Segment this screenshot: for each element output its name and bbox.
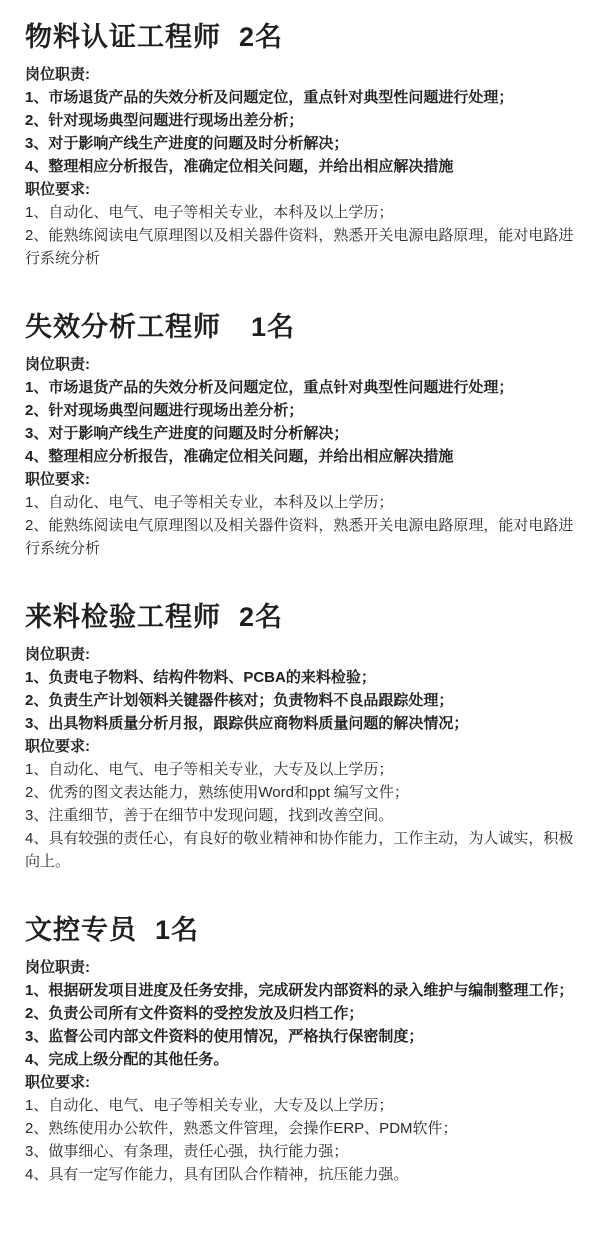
requirements-label: 职位要求:: [25, 735, 575, 758]
requirement-item: 1、自动化、电气、电子等相关专业，本科及以上学历；: [25, 491, 575, 514]
duties-label: 岗位职责:: [25, 63, 575, 86]
requirements-list: 1、自动化、电气、电子等相关专业，大专及以上学历； 2、优秀的图文表达能力，熟练…: [25, 758, 575, 873]
duties-label: 岗位职责:: [25, 643, 575, 666]
requirement-item: 4、具有一定写作能力，具有团队合作精神，抗压能力强。: [25, 1163, 575, 1186]
requirements-list: 1、自动化、电气、电子等相关专业，大专及以上学历； 2、熟练使用办公软件，熟悉文…: [25, 1094, 575, 1186]
duty-item: 1、根据研发项目进度及任务安排，完成研发内部资料的录入维护与编制整理工作；: [25, 979, 575, 1002]
duties-list: 1、负责电子物料、结构件物料、PCBA的来料检验； 2、负责生产计划领料关键器件…: [25, 666, 575, 735]
requirements-list: 1、自动化、电气、电子等相关专业，本科及以上学历； 2、能熟练阅读电气原理图以及…: [25, 201, 575, 270]
job-headcount: 1名: [251, 310, 295, 344]
duty-item: 2、负责生产计划领料关键器件核对；负责物料不良品跟踪处理；: [25, 689, 575, 712]
duty-item: 2、针对现场典型问题进行现场出差分析；: [25, 399, 575, 422]
requirements-label: 职位要求:: [25, 178, 575, 201]
requirements-label: 职位要求:: [25, 1071, 575, 1094]
job-title: 来料检验工程师 2名: [25, 600, 575, 634]
requirement-item: 2、能熟练阅读电气原理图以及相关器件资料，熟悉开关电源电路原理，能对电路进行系统…: [25, 224, 575, 270]
requirement-item: 1、自动化、电气、电子等相关专业，大专及以上学历；: [25, 1094, 575, 1117]
requirement-item: 1、自动化、电气、电子等相关专业，大专及以上学历；: [25, 758, 575, 781]
requirements-list: 1、自动化、电气、电子等相关专业，本科及以上学历； 2、能熟练阅读电气原理图以及…: [25, 491, 575, 560]
duty-item: 4、整理相应分析报告，准确定位相关问题，并给出相应解决措施: [25, 445, 575, 468]
duties-label: 岗位职责:: [25, 956, 575, 979]
job-title-text: 文控专员: [25, 913, 137, 947]
requirement-item: 2、优秀的图文表达能力，熟练使用Word和ppt 编写文件；: [25, 781, 575, 804]
job-section-failure-analysis-engineer: 失效分析工程师 1名 岗位职责: 1、市场退货产品的失效分析及问题定位，重点针对…: [25, 310, 575, 560]
job-title: 物料认证工程师 2名: [25, 20, 575, 54]
requirement-item: 3、做事细心、有条理，责任心强，执行能力强；: [25, 1140, 575, 1163]
duty-item: 2、针对现场典型问题进行现场出差分析；: [25, 109, 575, 132]
duty-item: 3、对于影响产线生产进度的问题及时分析解决；: [25, 132, 575, 155]
duties-list: 1、根据研发项目进度及任务安排，完成研发内部资料的录入维护与编制整理工作； 2、…: [25, 979, 575, 1071]
job-title: 失效分析工程师 1名: [25, 310, 575, 344]
job-title: 文控专员 1名: [25, 913, 575, 947]
requirement-item: 1、自动化、电气、电子等相关专业，本科及以上学历；: [25, 201, 575, 224]
job-title-text: 失效分析工程师: [25, 310, 221, 344]
duty-item: 4、整理相应分析报告，准确定位相关问题，并给出相应解决措施: [25, 155, 575, 178]
duty-item: 2、负责公司所有文件资料的受控发放及归档工作；: [25, 1002, 575, 1025]
requirement-item: 3、注重细节，善于在细节中发现问题，找到改善空间。: [25, 804, 575, 827]
duties-list: 1、市场退货产品的失效分析及问题定位，重点针对典型性问题进行处理； 2、针对现场…: [25, 376, 575, 468]
duties-label: 岗位职责:: [25, 353, 575, 376]
requirement-item: 2、能熟练阅读电气原理图以及相关器件资料，熟悉开关电源电路原理，能对电路进行系统…: [25, 514, 575, 560]
requirement-item: 2、熟练使用办公软件，熟悉文件管理，会操作ERP、PDM软件；: [25, 1117, 575, 1140]
duty-item: 4、完成上级分配的其他任务。: [25, 1048, 575, 1071]
duty-item: 3、对于影响产线生产进度的问题及时分析解决；: [25, 422, 575, 445]
duty-item: 3、监督公司内部文件资料的使用情况，严格执行保密制度；: [25, 1025, 575, 1048]
job-section-incoming-inspection-engineer: 来料检验工程师 2名 岗位职责: 1、负责电子物料、结构件物料、PCBA的来料检…: [25, 600, 575, 873]
duties-list: 1、市场退货产品的失效分析及问题定位，重点针对典型性问题进行处理； 2、针对现场…: [25, 86, 575, 178]
duty-item: 1、负责电子物料、结构件物料、PCBA的来料检验；: [25, 666, 575, 689]
duty-item: 1、市场退货产品的失效分析及问题定位，重点针对典型性问题进行处理；: [25, 86, 575, 109]
requirement-item: 4、具有较强的责任心，有良好的敬业精神和协作能力，工作主动，为人诚实，积极向上。: [25, 827, 575, 873]
job-headcount: 1名: [155, 913, 199, 947]
job-section-document-control-specialist: 文控专员 1名 岗位职责: 1、根据研发项目进度及任务安排，完成研发内部资料的录…: [25, 913, 575, 1186]
job-headcount: 2名: [239, 20, 283, 54]
job-title-text: 物料认证工程师: [25, 20, 221, 54]
job-section-material-certification-engineer: 物料认证工程师 2名 岗位职责: 1、市场退货产品的失效分析及问题定位，重点针对…: [25, 20, 575, 270]
duty-item: 3、出具物料质量分析月报，跟踪供应商物料质量问题的解决情况；: [25, 712, 575, 735]
requirements-label: 职位要求:: [25, 468, 575, 491]
job-headcount: 2名: [239, 600, 283, 634]
duty-item: 1、市场退货产品的失效分析及问题定位，重点针对典型性问题进行处理；: [25, 376, 575, 399]
job-title-text: 来料检验工程师: [25, 600, 221, 634]
